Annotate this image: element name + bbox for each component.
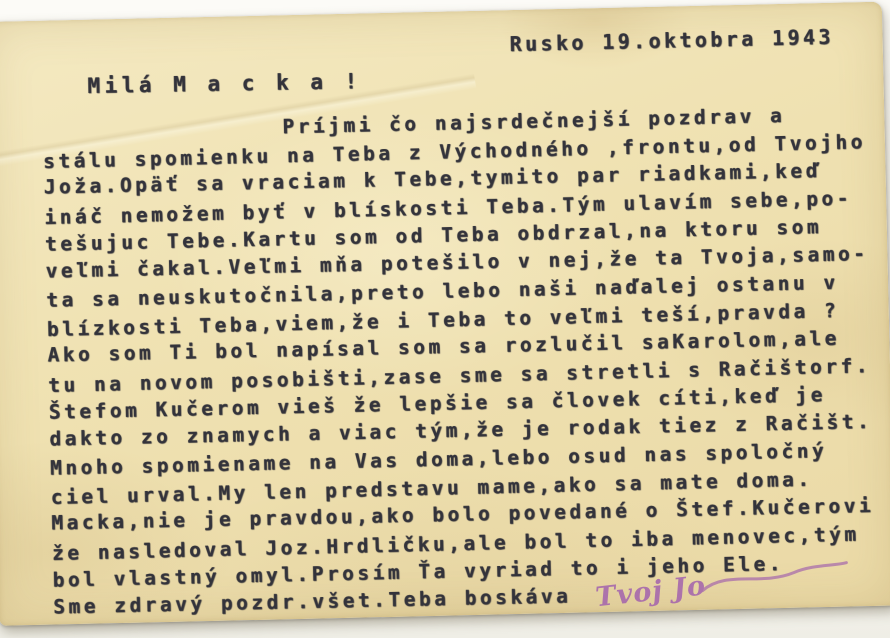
- salutation: Milá M a c k a !: [87, 69, 362, 98]
- letter-body: Príjmi čo najsrdečnejší pozdrav a stálu …: [42, 99, 890, 622]
- dateline: Rusko 19.oktobra 1943: [509, 25, 834, 56]
- postcard-paper: Rusko 19.oktobra 1943 Milá M a c k a ! P…: [0, 2, 890, 626]
